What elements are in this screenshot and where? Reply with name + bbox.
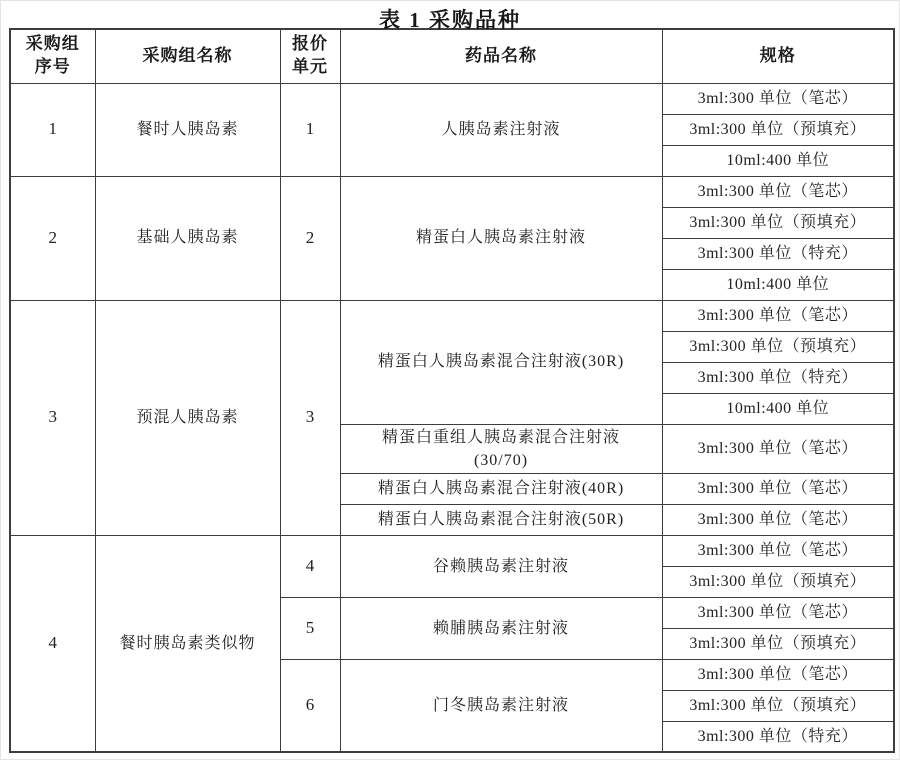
spec-cell: 3ml:300 单位（笔芯） [662,535,894,566]
quote-unit-cell: 4 [280,535,340,597]
table-title: 表 1 采购品种 [1,1,899,28]
quote-unit-cell: 6 [280,659,340,752]
quote-unit-cell: 5 [280,597,340,659]
table-row: 2基础人胰岛素2精蛋白人胰岛素注射液3ml:300 单位（笔芯） [10,176,894,207]
drug-name-cell: 精蛋白重组人胰岛素混合注射液 (30/70) [340,424,662,473]
group-seq-cell: 4 [10,535,95,752]
header-group-seq: 采购组 序号 [10,29,95,83]
procurement-table-body: 1餐时人胰岛素1人胰岛素注射液3ml:300 单位（笔芯）3ml:300 单位（… [10,83,894,752]
spec-cell: 3ml:300 单位（笔芯） [662,424,894,473]
header-spec: 规格 [662,29,894,83]
spec-cell: 3ml:300 单位（特充） [662,362,894,393]
spec-cell: 3ml:300 单位（预填充） [662,114,894,145]
spec-cell: 3ml:300 单位（笔芯） [662,300,894,331]
group-name-cell: 餐时胰岛素类似物 [95,535,280,752]
spec-cell: 3ml:300 单位（笔芯） [662,504,894,535]
quote-unit-cell: 2 [280,176,340,300]
header-row: 采购组 序号采购组名称报价 单元药品名称规格 [10,29,894,83]
drug-name-cell: 精蛋白人胰岛素注射液 [340,176,662,300]
spec-cell: 3ml:300 单位（笔芯） [662,659,894,690]
table-row: 1餐时人胰岛素1人胰岛素注射液3ml:300 单位（笔芯） [10,83,894,114]
drug-name-cell: 门冬胰岛素注射液 [340,659,662,752]
spec-cell: 10ml:400 单位 [662,145,894,176]
drug-name-cell: 精蛋白人胰岛素混合注射液(50R) [340,504,662,535]
spec-cell: 10ml:400 单位 [662,393,894,424]
group-name-cell: 基础人胰岛素 [95,176,280,300]
spec-cell: 3ml:300 单位（预填充） [662,690,894,721]
drug-name-cell: 谷赖胰岛素注射液 [340,535,662,597]
spec-cell: 3ml:300 单位（特充） [662,238,894,269]
spec-cell: 3ml:300 单位（笔芯） [662,473,894,504]
spec-cell: 3ml:300 单位（预填充） [662,628,894,659]
drug-name-cell: 精蛋白人胰岛素混合注射液(40R) [340,473,662,504]
group-seq-cell: 2 [10,176,95,300]
quote-unit-cell: 3 [280,300,340,535]
spec-cell: 3ml:300 单位（笔芯） [662,597,894,628]
procurement-table: 采购组 序号采购组名称报价 单元药品名称规格 1餐时人胰岛素1人胰岛素注射液3m… [9,28,895,753]
spec-cell: 10ml:400 单位 [662,269,894,300]
spec-cell: 3ml:300 单位（笔芯） [662,83,894,114]
group-seq-cell: 3 [10,300,95,535]
header-quote-unit: 报价 单元 [280,29,340,83]
header-drug-name: 药品名称 [340,29,662,83]
spec-cell: 3ml:300 单位（预填充） [662,566,894,597]
group-name-cell: 餐时人胰岛素 [95,83,280,176]
spec-cell: 3ml:300 单位（预填充） [662,331,894,362]
spec-cell: 3ml:300 单位（笔芯） [662,176,894,207]
table-row: 3预混人胰岛素3精蛋白人胰岛素混合注射液(30R)3ml:300 单位（笔芯） [10,300,894,331]
group-name-cell: 预混人胰岛素 [95,300,280,535]
table-row: 4餐时胰岛素类似物4谷赖胰岛素注射液3ml:300 单位（笔芯） [10,535,894,566]
quote-unit-cell: 1 [280,83,340,176]
spec-cell: 3ml:300 单位（预填充） [662,207,894,238]
group-seq-cell: 1 [10,83,95,176]
header-group-name: 采购组名称 [95,29,280,83]
spec-cell: 3ml:300 单位（特充） [662,721,894,752]
drug-name-cell: 赖脯胰岛素注射液 [340,597,662,659]
drug-name-cell: 精蛋白人胰岛素混合注射液(30R) [340,300,662,424]
document-page: 表 1 采购品种 采购组 序号采购组名称报价 单元药品名称规格 1餐时人胰岛素1… [0,0,900,760]
drug-name-cell: 人胰岛素注射液 [340,83,662,176]
